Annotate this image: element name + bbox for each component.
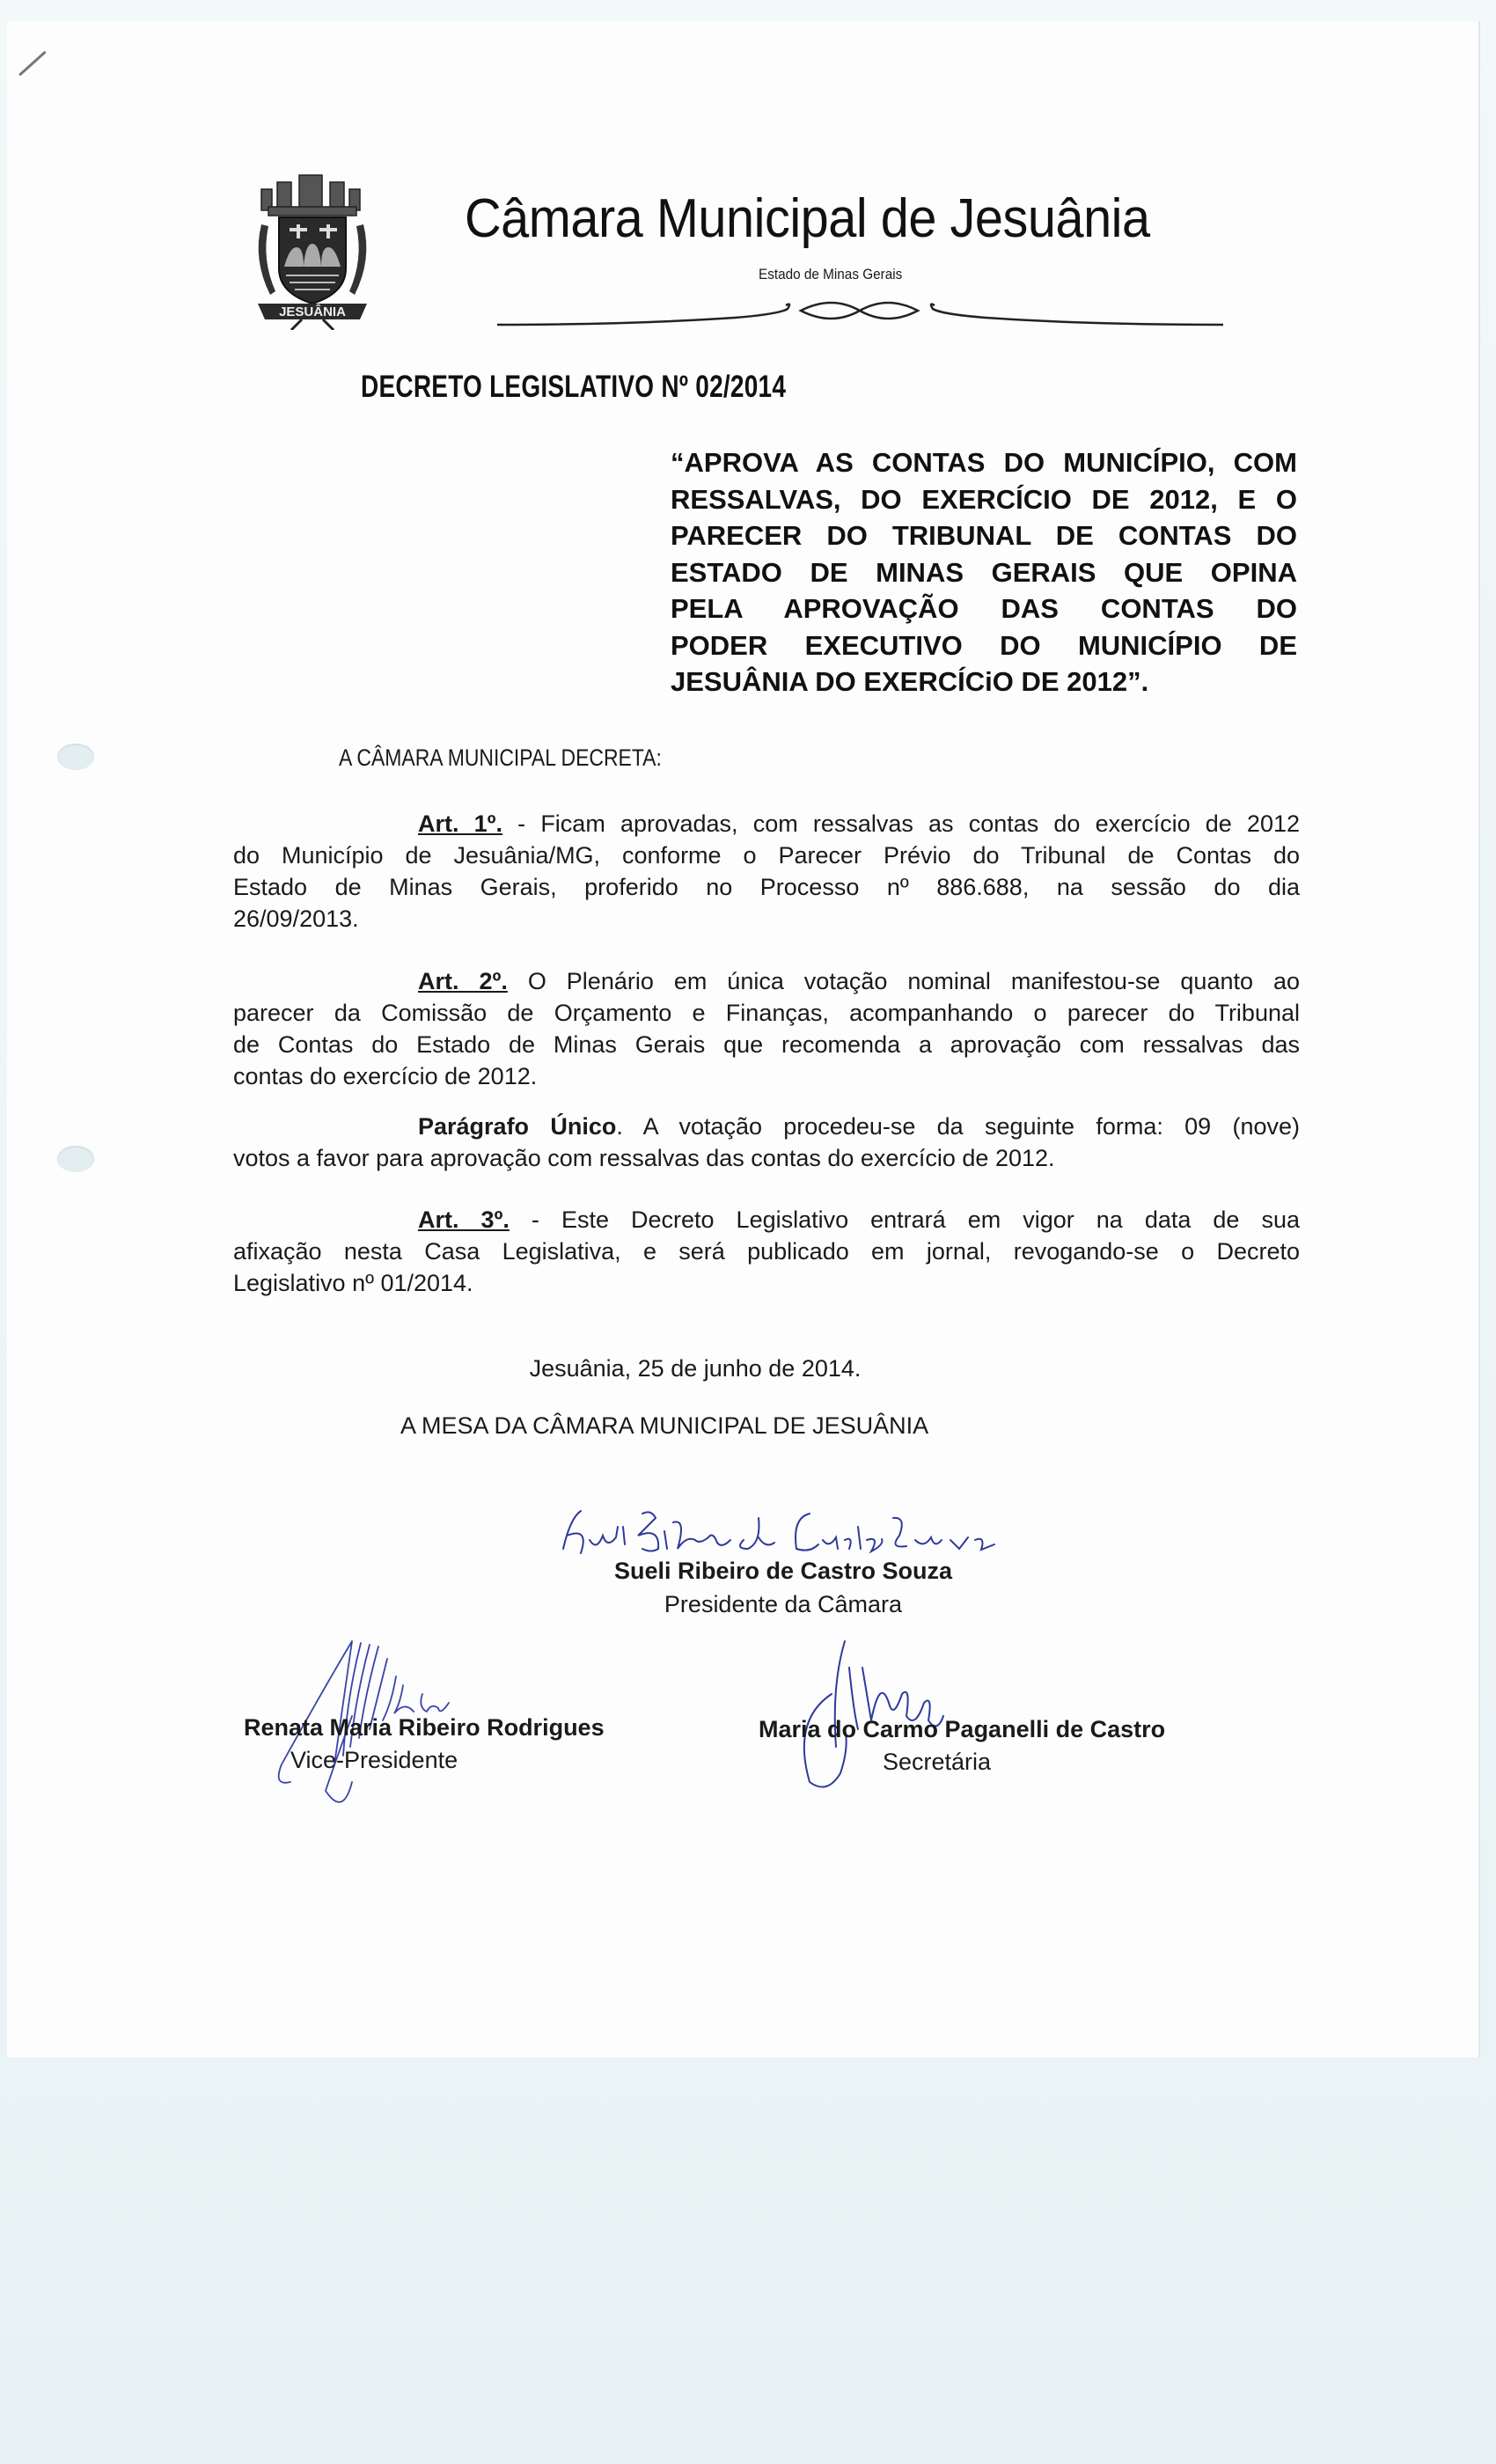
signatory-name-secretary: Maria do Carmo Paganelli de Castro [759, 1716, 1165, 1743]
decree-heading: DECRETO LEGISLATIVO Nº 02/2014 [361, 370, 786, 405]
signatory-name-president: Sueli Ribeiro de Castro Souza [475, 1558, 1091, 1585]
signatory-role-secretary: Secretária [883, 1749, 991, 1776]
article-label: Art. 2º. [418, 968, 508, 994]
summary-line: PODER EXECUTIVO DO MUNICÍPIO DE [671, 627, 1297, 664]
board-heading: A MESA DA CÂMARA MUNICIPAL DE JESUÂNIA [400, 1412, 928, 1440]
article-text: afixação nesta Casa Legislativa, e será … [233, 1236, 1300, 1267]
summary-line: PARECER DO TRIBUNAL DE CONTAS DO [671, 517, 1297, 554]
article-text: Estado de Minas Gerais, proferido no Pro… [233, 871, 1300, 903]
punch-hole-top [57, 744, 94, 770]
article-1: Art. 1º. - Ficam aprovadas, com ressalva… [233, 808, 1300, 935]
state-subtitle: Estado de Minas Gerais [759, 266, 902, 283]
article-label: Art. 3º. [418, 1206, 510, 1233]
handwritten-signature-president [554, 1500, 1012, 1562]
article-text: contas do exercício de 2012. [233, 1060, 1300, 1092]
summary-line: JESUÂNIA DO EXERCÍCiO DE 2012”. [671, 664, 1297, 700]
article-text: do Município de Jesuânia/MG, conforme o … [233, 840, 1300, 871]
article-text: Legislativo nº 01/2014. [233, 1267, 1300, 1299]
logo-label: JESUÂNIA [279, 304, 346, 319]
coat-of-arms-icon: JESUÂNIA [251, 163, 374, 330]
article-text: - Este Decreto Legislativo entrará em vi… [510, 1206, 1300, 1233]
article-text: 26/09/2013. [233, 903, 1300, 935]
paragrafo-unico: Parágrafo Único. A votação procedeu-se d… [233, 1111, 1300, 1174]
article-2: Art. 2º. O Plenário em única votação nom… [233, 965, 1300, 1092]
punch-hole-bottom [57, 1146, 94, 1172]
summary-line: RESSALVAS, DO EXERCÍCIO DE 2012, E O [671, 481, 1297, 518]
paragraph-text: . A votação procedeu-se da seguinte form… [616, 1113, 1300, 1140]
signatory-name-vice-president: Renata Maria Ribeiro Rodrigues [244, 1714, 605, 1742]
place-date: Jesuânia, 25 de junho de 2014. [0, 1355, 1390, 1382]
summary-line: “APROVA AS CONTAS DO MUNICÍPIO, COM [671, 444, 1297, 481]
paragraph-text: votos a favor para aprovação com ressalv… [233, 1142, 1300, 1174]
article-text: parecer da Comissão de Orçamento e Finan… [233, 997, 1300, 1029]
staple-mark [18, 51, 47, 77]
institution-title: Câmara Municipal de Jesuânia [465, 192, 1150, 246]
summary-line: ESTADO DE MINAS GERAIS QUE OPINA [671, 554, 1297, 591]
article-3: Art. 3º. - Este Decreto Legislativo entr… [233, 1204, 1300, 1299]
article-text: - Ficam aprovadas, com ressalvas as cont… [502, 810, 1300, 837]
paragraph-label: Parágrafo Único [418, 1113, 616, 1140]
article-text: O Plenário em única votação nominal mani… [508, 968, 1300, 994]
signatory-role-president: Presidente da Câmara [475, 1591, 1091, 1618]
signatory-role-vice-president: Vice-Presidente [290, 1747, 458, 1774]
ornamental-divider-icon [497, 295, 1223, 330]
decree-summary: “APROVA AS CONTAS DO MUNICÍPIO, COM RESS… [671, 444, 1297, 700]
summary-line: PELA APROVAÇÃO DAS CONTAS DO [671, 590, 1297, 627]
enacting-clause: A CÂMARA MUNICIPAL DECRETA: [339, 744, 662, 772]
article-text: de Contas do Estado de Minas Gerais que … [233, 1029, 1300, 1060]
article-label: Art. 1º. [418, 810, 502, 837]
